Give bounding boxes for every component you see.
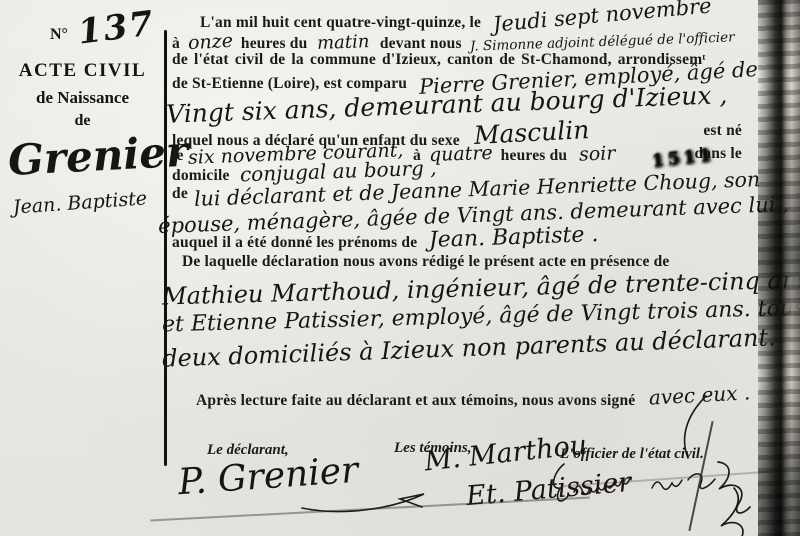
body-line-2: à onze heures du matin devant nous J. Si… (172, 31, 734, 53)
margin-title-acte-civil: ACTE CIVIL (0, 60, 165, 82)
printed-text: de (172, 185, 188, 202)
handwritten-birth-moment: soir (579, 142, 616, 165)
margin-given-names: Jean. Baptiste (0, 186, 161, 219)
body-line-16: Après lecture faite au déclarant et aux … (196, 386, 751, 410)
margin-surname: Grenier (7, 128, 164, 185)
printed-text: heures du (241, 35, 308, 52)
margin-title-de: de (0, 112, 165, 130)
page-binding-shadow (758, 0, 800, 536)
act-number-value: 137 (76, 3, 157, 52)
body-line-11: auquel il a été donné les prénoms de Jea… (172, 228, 599, 253)
officer-signature-scribble (548, 450, 768, 536)
handwritten-child-names: Jean. Baptiste . (429, 222, 599, 253)
act-number-block: N° 137 (50, 8, 155, 48)
printed-text: L'an mil huit cent quatre-vingt-quinze, … (200, 14, 481, 31)
body-line-1: L'an mil huit cent quatre-vingt-quinze, … (200, 8, 712, 32)
body-line-12: De laquelle déclaration nous avons rédig… (182, 253, 670, 271)
printed-text: de St-Etienne (Loire), est comparu (172, 75, 407, 92)
printed-text: heures du (501, 147, 568, 164)
printed-text: devant nous (380, 35, 462, 52)
scanned-birth-record: N° 137 ACTE CIVIL de Naissance de Grenie… (0, 0, 800, 536)
margin-title-naissance: de Naissance (0, 88, 165, 108)
act-number-label: N° (50, 26, 68, 43)
margin-divider-rule (164, 30, 167, 466)
printed-text: Après lecture faite au déclarant et aux … (196, 392, 635, 409)
printed-text: auquel il a été donné les prénoms de (172, 234, 417, 251)
handwritten-birth-hour: quatre (429, 142, 493, 166)
printed-text: à (172, 35, 180, 52)
printed-text: est né (703, 122, 742, 140)
